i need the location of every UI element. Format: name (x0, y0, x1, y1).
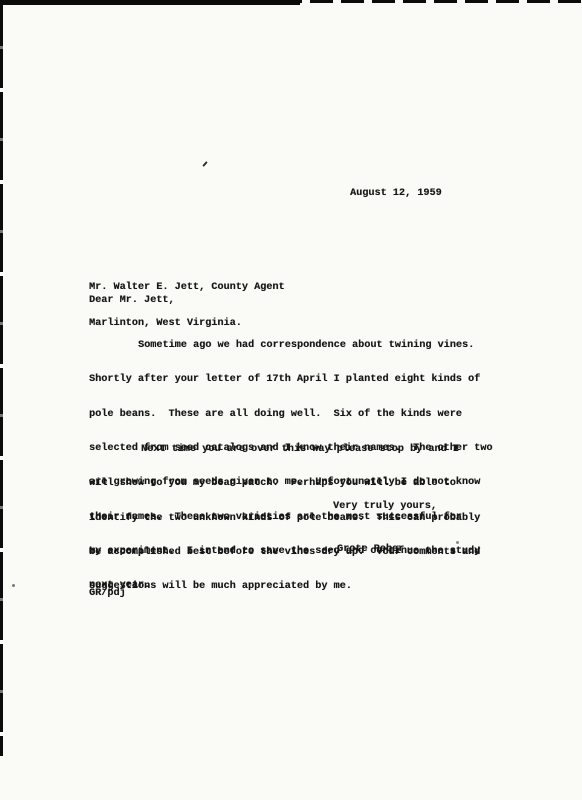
signature-name: Grote Reber (337, 544, 404, 555)
body-line: suggestions will be much appreciated by … (89, 581, 480, 592)
body-line: pole beans. These are all doing well. Si… (89, 409, 493, 420)
letter-date: August 12, 1959 (350, 188, 442, 199)
body-line: Shortly after your letter of 17th April … (89, 374, 493, 385)
recipient-name-line: Mr. Walter E. Jett, County Agent (89, 282, 285, 294)
body-line: identify the two unknown kinds of pole b… (89, 513, 480, 524)
body-line: Next time you are over this way please s… (89, 444, 480, 455)
typist-initials: GR/pdj (89, 588, 126, 599)
scan-edge-left (0, 0, 3, 756)
body-line: be accomplished best before the vines dr… (89, 547, 480, 558)
scanned-letter-page: August 12, 1959 Mr. Walter E. Jett, Coun… (0, 0, 582, 800)
body-line: will show to you my bean patch. Perhaps … (89, 478, 480, 489)
scan-speck-tick (202, 161, 208, 167)
scan-edge-top (0, 0, 582, 8)
scan-speck-dot (12, 584, 15, 587)
body-paragraph-2: Next time you are over this way please s… (89, 421, 480, 616)
complimentary-closing: Very truly yours, (333, 501, 437, 512)
salutation: Dear Mr. Jett, (89, 295, 175, 306)
body-line: Sometime ago we had correspondence about… (89, 340, 493, 351)
